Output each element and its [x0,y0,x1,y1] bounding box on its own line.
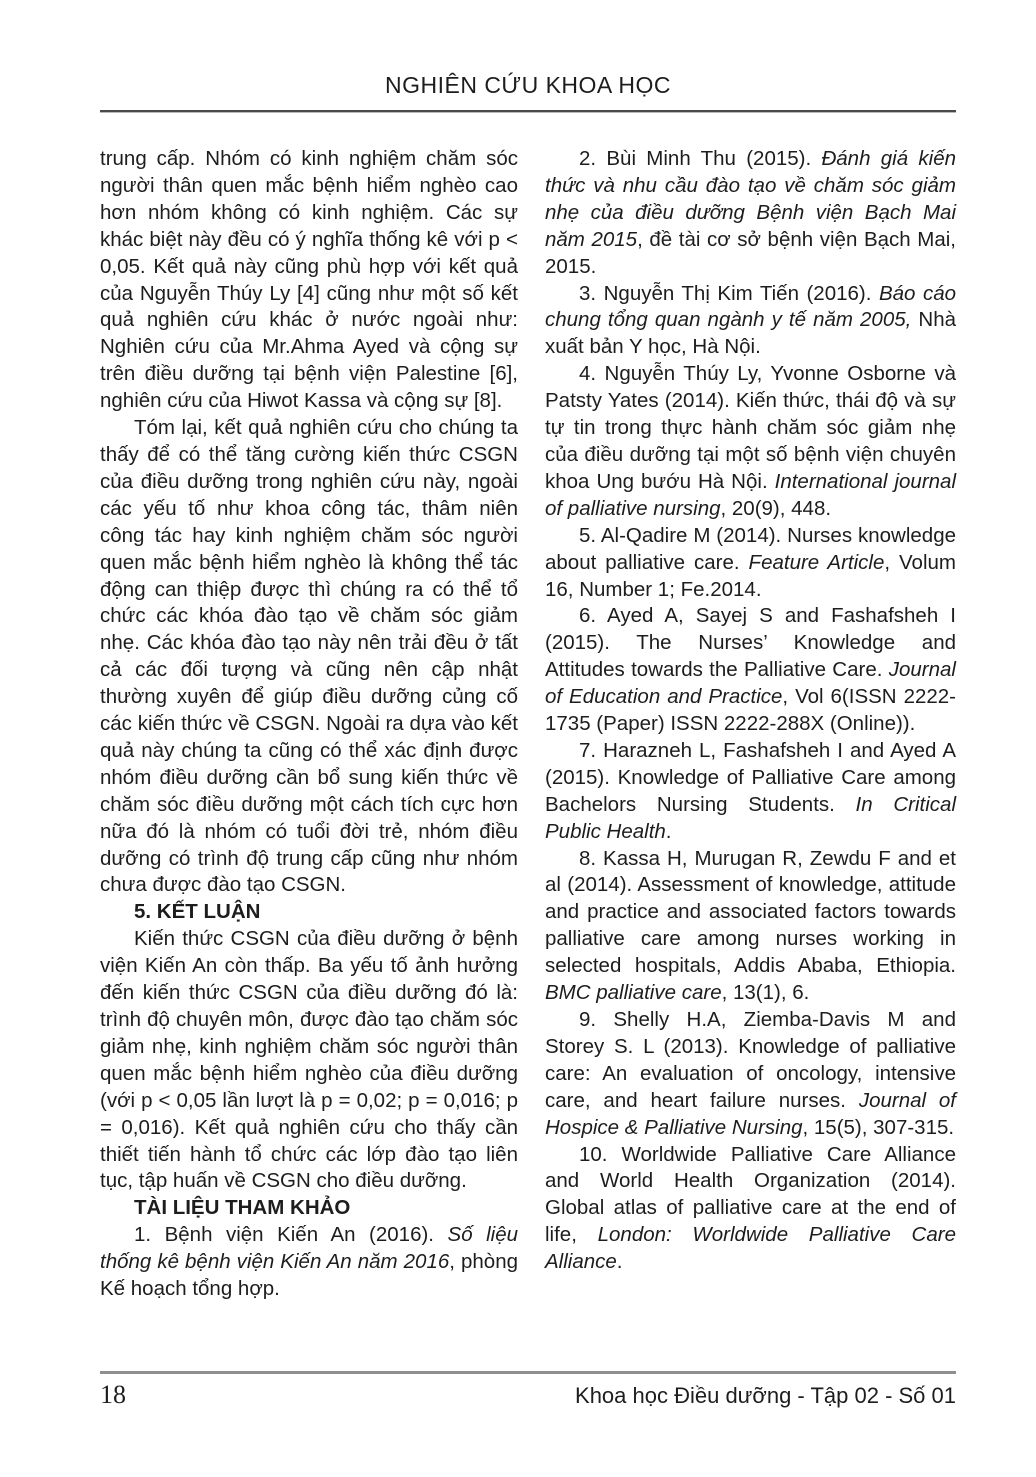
paragraph: Tóm lại, kết quả nghiên cứu cho chúng ta… [100,415,518,899]
paragraph: 10. Worldwide Palliative Care Alliance a… [545,1142,956,1277]
paragraph: 4. Nguyễn Thúy Ly, Yvonne Osborne và Pat… [545,361,956,522]
paragraph: 3. Nguyễn Thị Kim Tiến (2016). Báo cáo c… [545,281,956,362]
content-columns: trung cấp. Nhóm có kinh nghiệm chăm sóc … [100,146,956,1303]
page-header-title: NGHIÊN CỨU KHOA HỌC [100,72,956,99]
paragraph: 7. Harazneh L, Fashafsheh I and Ayed A (… [545,738,956,846]
page-footer: 18 Khoa học Điều dưỡng - Tập 02 - Số 01 [100,1380,956,1410]
paragraph: Kiến thức CSGN của điều dưỡng ở bệnh việ… [100,926,518,1195]
paragraph: 1. Bệnh viện Kiến An (2016). Số liệu thố… [100,1222,518,1303]
section-heading: 5. KẾT LUẬN [100,899,518,926]
paragraph: 5. Al-Qadire M (2014). Nurses knowledge … [545,523,956,604]
footer-rule [100,1371,956,1374]
paragraph: 9. Shelly H.A, Ziemba-Davis M and Storey… [545,1007,956,1142]
paragraph: 6. Ayed A, Sayej S and Fashafsheh I (201… [545,603,956,738]
paragraph: 2. Bùi Minh Thu (2015). Đánh giá kiến th… [545,146,956,281]
paragraph: trung cấp. Nhóm có kinh nghiệm chăm sóc … [100,146,518,415]
journal-footer-text: Khoa học Điều dưỡng - Tập 02 - Số 01 [575,1383,956,1409]
column-left: trung cấp. Nhóm có kinh nghiệm chăm sóc … [100,146,518,1303]
section-heading: TÀI LIỆU THAM KHẢO [100,1195,518,1222]
journal-page: NGHIÊN CỨU KHOA HỌC trung cấp. Nhóm có k… [0,0,1036,1477]
paragraph: 8. Kassa H, Murugan R, Zewdu F and et al… [545,846,956,1007]
header-rule [100,110,956,113]
column-right: 2. Bùi Minh Thu (2015). Đánh giá kiến th… [545,146,956,1303]
page-number: 18 [100,1380,126,1410]
